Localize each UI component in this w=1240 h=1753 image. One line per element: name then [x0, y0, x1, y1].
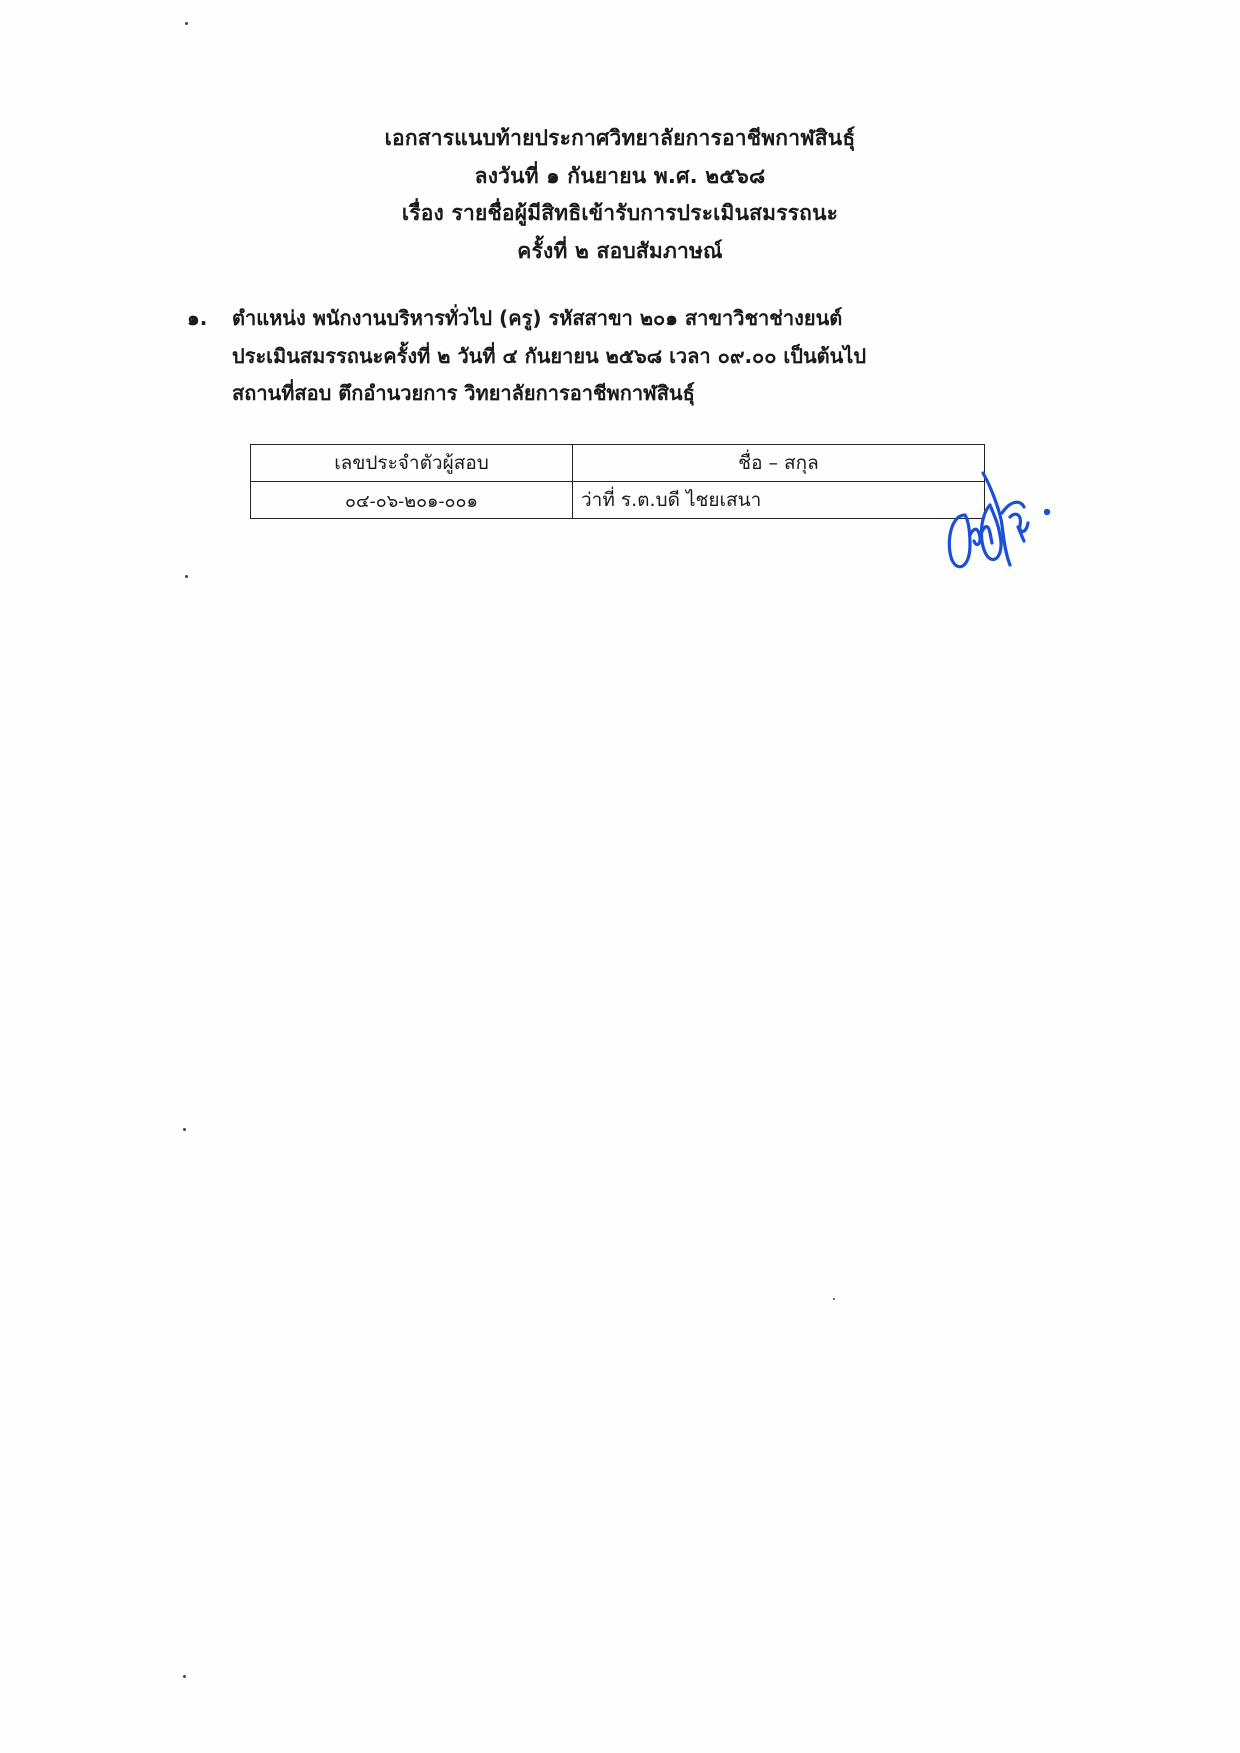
header-subject: เรื่อง รายชื่อผู้มีสิทธิเข้ารับการประเมิ… [0, 195, 1240, 233]
header-date: ลงวันที่ ๑ กันยายน พ.ศ. ๒๕๖๘ [0, 158, 1240, 196]
cell-exam-id: ๐๔-๐๖-๒๐๑-๐๐๑ [251, 482, 573, 519]
header-round: ครั้งที่ ๒ สอบสัมภาษณ์ [0, 233, 1240, 271]
table-header-row: เลขประจำตัวผู้สอบ ชื่อ – สกุล [251, 445, 985, 482]
item-venue: สถานที่สอบ ตึกอำนวยการ วิทยาลัยการอาชีพก… [232, 375, 992, 413]
item-position: ตำแหน่ง พนักงานบริหารทั่วไป (ครู) รหัสสา… [232, 300, 992, 338]
scan-speck [183, 1675, 186, 1678]
scan-speck [185, 575, 188, 578]
header-title: เอกสารแนบท้ายประกาศวิทยาลัยการอาชีพกาฬสิ… [0, 120, 1240, 158]
item-schedule: ประเมินสมรรถนะครั้งที่ ๒ วันที่ ๔ กันยาย… [232, 338, 992, 376]
document-page: เอกสารแนบท้ายประกาศวิทยาลัยการอาชีพกาฬสิ… [0, 0, 1240, 1753]
signature-icon [940, 465, 1060, 575]
candidates-table: เลขประจำตัวผู้สอบ ชื่อ – สกุล ๐๔-๐๖-๒๐๑-… [250, 444, 985, 519]
cell-full-name: ว่าที่ ร.ต.บดี ไชยเสนา [573, 482, 985, 519]
column-header-full-name: ชื่อ – สกุล [573, 445, 985, 482]
column-header-exam-id: เลขประจำตัวผู้สอบ [251, 445, 573, 482]
document-header: เอกสารแนบท้ายประกาศวิทยาลัยการอาชีพกาฬสิ… [0, 120, 1240, 270]
item-body: ตำแหน่ง พนักงานบริหารทั่วไป (ครู) รหัสสา… [232, 300, 992, 413]
item-number: ๑. [187, 300, 207, 338]
scan-speck [183, 1128, 186, 1131]
scan-speck [185, 22, 188, 25]
scan-speck [833, 1298, 835, 1300]
table-row: ๐๔-๐๖-๒๐๑-๐๐๑ ว่าที่ ร.ต.บดี ไชยเสนา [251, 482, 985, 519]
